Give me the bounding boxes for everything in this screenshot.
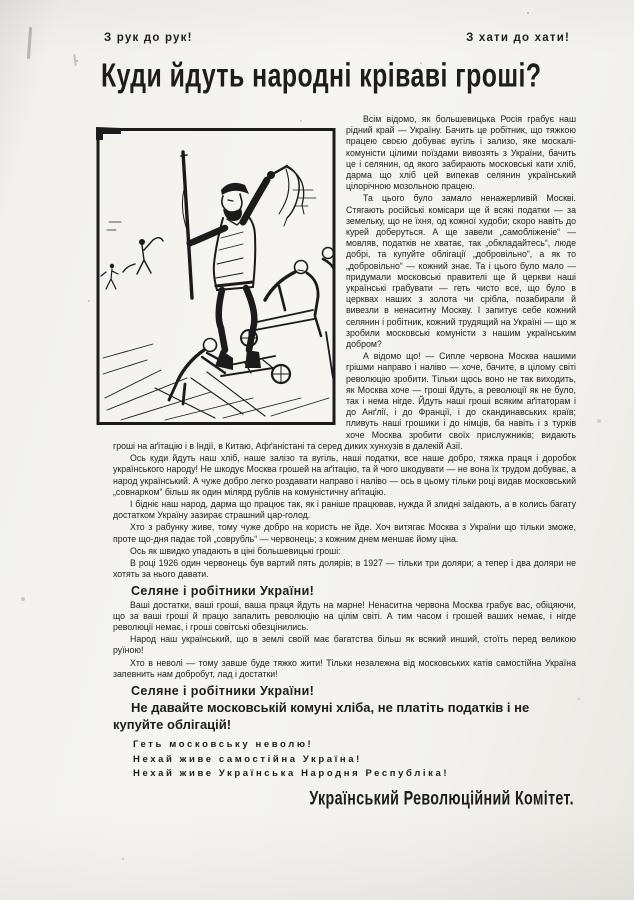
- bent-worker-far-right: [323, 248, 335, 270]
- ink-smudge: [27, 27, 32, 59]
- paragraph-ruin: Народ наш український, що в землі своїй …: [113, 634, 576, 656]
- bent-worker-right: [265, 261, 321, 337]
- woodcut-illustration: [95, 126, 338, 427]
- commissar-cap: [221, 183, 249, 195]
- scan-noise-specks: [0, 0, 2, 2]
- leaflet-scan-page: З рук до рук! З хати до хати! Куди йдуть…: [0, 0, 634, 900]
- whip-lashes: [279, 166, 304, 226]
- heading-peasants-workers-2: Селяне і робітники України!: [113, 686, 576, 697]
- leaflet-body: Всім відомо, як большевицька Росія грабу…: [113, 114, 576, 806]
- left-leg: [219, 290, 225, 350]
- paragraph-prices-intro: Ось як швидко упадають в ціні большевиць…: [113, 546, 576, 557]
- rifle: [183, 152, 192, 298]
- paragraph-sovruble: Хто з рабунку живе, тому чуже добро на к…: [113, 522, 576, 544]
- background-rider-figure: [123, 238, 163, 274]
- masthead-right-slogan: З хати до хати!: [466, 32, 570, 44]
- background-small-figure: [101, 264, 118, 289]
- whip-handle: [271, 166, 287, 175]
- frame-corner-blot: [96, 127, 121, 140]
- paragraph-where-money-goes: Ось куди йдуть наш хліб, наше залізо та …: [113, 453, 576, 498]
- call-to-action: Не давайте московській комуні хліба, не …: [113, 699, 576, 733]
- masthead: З рук до рук! З хати до хати!: [104, 32, 570, 44]
- slogan-peoples-republic: Нехай живе Українська Народня Республіка…: [133, 767, 576, 782]
- right-leg: [246, 288, 254, 350]
- paragraph-poverty: І бідніє наш народ, дарма що працює так,…: [113, 499, 576, 521]
- commissar-figure: [181, 152, 304, 370]
- heading-peasants-workers-1: Селяне і робітники України!: [113, 586, 576, 597]
- slogan-independent-ukraine: Нехай живе самостійна Україна!: [133, 753, 576, 768]
- paragraph-independence: Хто в неволі — тому завше буде тяжко жит…: [113, 658, 576, 680]
- raised-arm: [243, 180, 267, 222]
- masthead-left-slogan: З рук до рук!: [104, 32, 193, 44]
- ink-smudge-small: [73, 54, 77, 66]
- slogan-down-with-captivity: Геть московську неволю!: [133, 738, 576, 753]
- torso-hatching: [216, 232, 243, 278]
- woodcut-svg: [95, 126, 338, 427]
- ground-hatching: [103, 332, 333, 420]
- signature-committee: Український Революційний Комітет.: [309, 792, 574, 805]
- paragraph-exchange-rates: В році 1926 один червонець був вартий пя…: [113, 558, 576, 580]
- signature-block: Український Революційний Комітет.: [113, 792, 574, 806]
- left-arm: [193, 228, 225, 242]
- paragraph-wasted-wealth: Ваші достатки, ваші гроші, ваша праця йд…: [113, 600, 576, 634]
- page-title: Куди йдуть народні кріваві гроші?: [101, 57, 576, 88]
- page-title-text: Куди йдуть народні кріваві гроші?: [101, 57, 541, 95]
